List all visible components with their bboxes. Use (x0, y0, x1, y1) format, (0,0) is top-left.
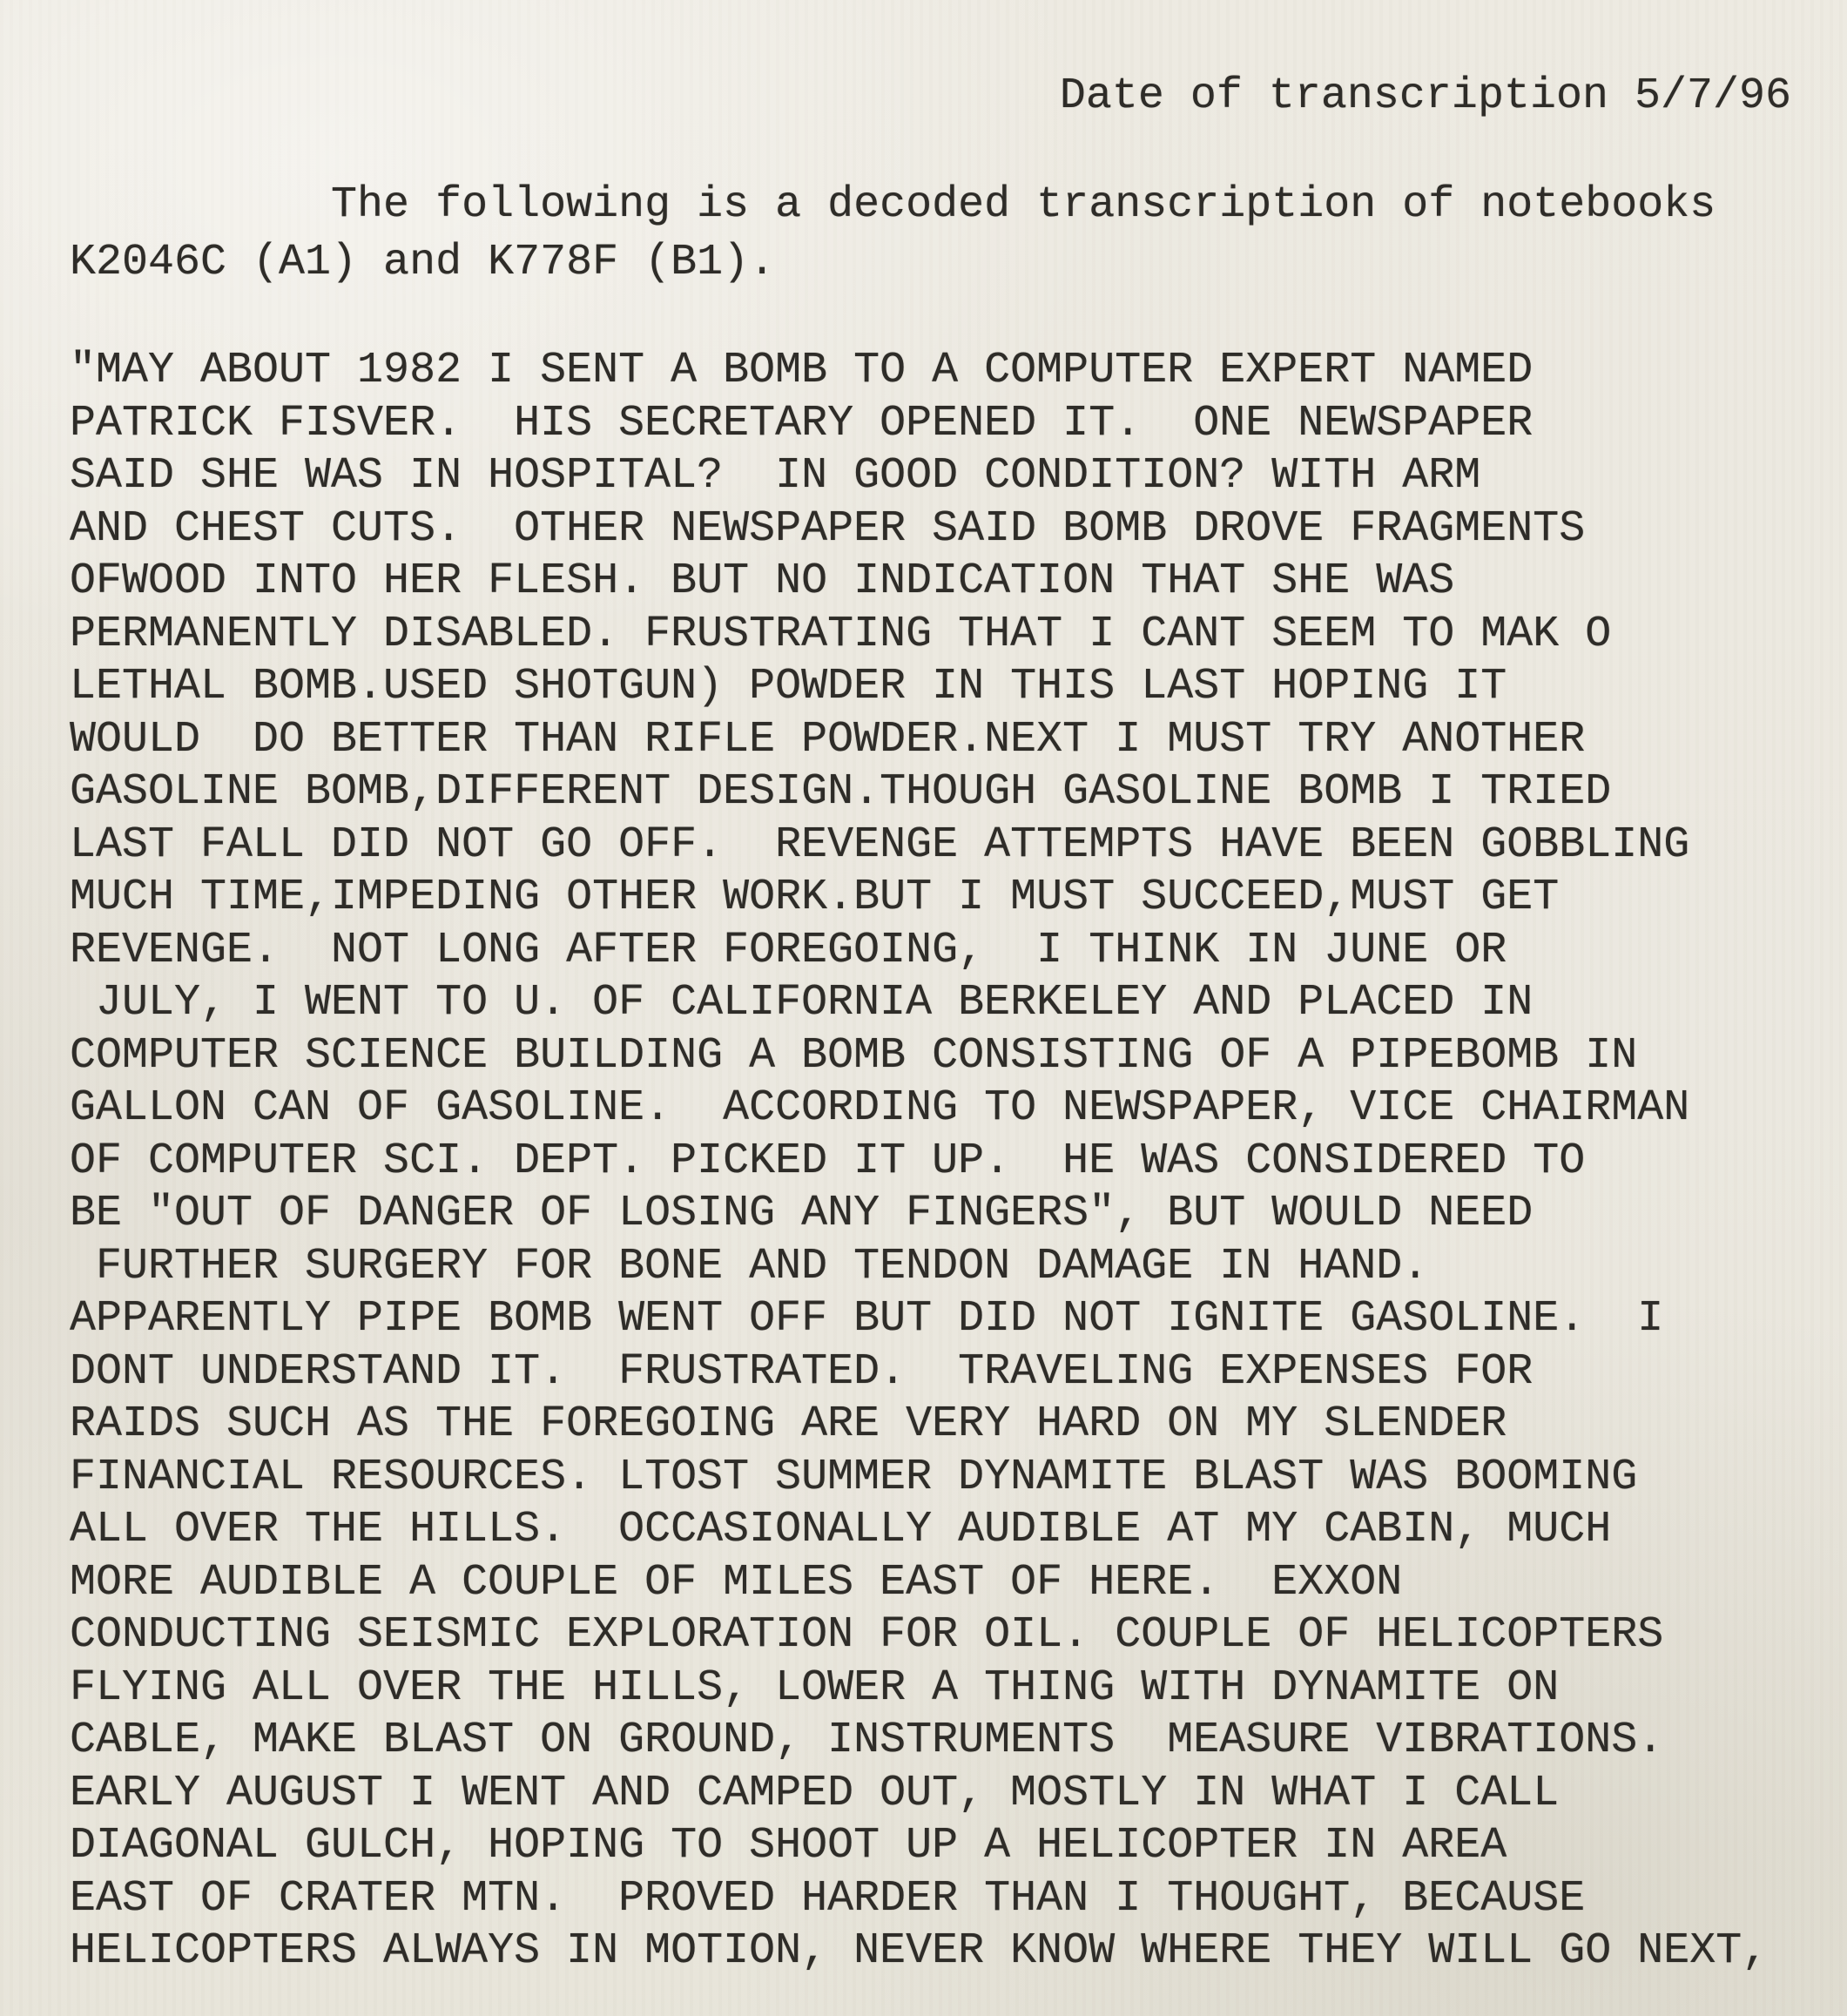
text-line: FLYING ALL OVER THE HILLS, LOWER A THING… (70, 1662, 1768, 1716)
text-line: LAST FALL DID NOT GO OFF. REVENGE ATTEMP… (70, 819, 1768, 873)
text-line: AND CHEST CUTS. OTHER NEWSPAPER SAID BOM… (70, 503, 1768, 556)
text-line: DONT UNDERSTAND IT. FRUSTRATED. TRAVELIN… (70, 1346, 1768, 1399)
text-line: The following is a decoded transcription… (70, 177, 1716, 234)
text-line: K2046C (A1) and K778F (B1). (70, 234, 1716, 292)
text-line: REVENGE. NOT LONG AFTER FOREGOING, I THI… (70, 925, 1768, 978)
text-line: EAST OF CRATER MTN. PROVED HARDER THAN I… (70, 1873, 1768, 1926)
transcription-date-line: Date of transcription 5/7/96 (1060, 71, 1791, 121)
text-line: LETHAL BOMB.USED SHOTGUN) POWDER IN THIS… (70, 661, 1768, 714)
text-line: PERMANENTLY DISABLED. FRUSTRATING THAT I… (70, 609, 1768, 662)
text-line: BE "OUT OF DANGER OF LOSING ANY FINGERS"… (70, 1188, 1768, 1241)
text-line: RAIDS SUCH AS THE FOREGOING ARE VERY HAR… (70, 1399, 1768, 1452)
text-line: APPARENTLY PIPE BOMB WENT OFF BUT DID NO… (70, 1293, 1768, 1346)
text-line: OF COMPUTER SCI. DEPT. PICKED IT UP. HE … (70, 1136, 1768, 1189)
text-line: JULY, I WENT TO U. OF CALIFORNIA BERKELE… (70, 977, 1768, 1030)
text-line: FURTHER SURGERY FOR BONE AND TENDON DAMA… (70, 1241, 1768, 1294)
text-line: ALL OVER THE HILLS. OCCASIONALLY AUDIBLE… (70, 1504, 1768, 1557)
text-line: SAID SHE WAS IN HOSPITAL? IN GOOD CONDIT… (70, 450, 1768, 503)
scanned-document-page: Date of transcription 5/7/96 The followi… (0, 0, 1847, 2016)
text-line: PATRICK FISVER. HIS SECRETARY OPENED IT.… (70, 398, 1768, 451)
text-line: EARLY AUGUST I WENT AND CAMPED OUT, MOST… (70, 1768, 1768, 1821)
text-line: GALLON CAN OF GASOLINE. ACCORDING TO NEW… (70, 1082, 1768, 1136)
text-line: FINANCIAL RESOURCES. LTOST SUMMER DYNAMI… (70, 1452, 1768, 1505)
text-line: OFWOOD INTO HER FLESH. BUT NO INDICATION… (70, 556, 1768, 609)
text-line: GASOLINE BOMB,DIFFERENT DESIGN.THOUGH GA… (70, 766, 1768, 819)
text-line: HELICOPTERS ALWAYS IN MOTION, NEVER KNOW… (70, 1925, 1768, 1979)
text-line: WOULD DO BETTER THAN RIFLE POWDER.NEXT I… (70, 714, 1768, 767)
text-line: MUCH TIME,IMPEDING OTHER WORK.BUT I MUST… (70, 872, 1768, 925)
text-line: MORE AUDIBLE A COUPLE OF MILES EAST OF H… (70, 1557, 1768, 1610)
text-line: "MAY ABOUT 1982 I SENT A BOMB TO A COMPU… (70, 345, 1768, 398)
text-line: CABLE, MAKE BLAST ON GROUND, INSTRUMENTS… (70, 1715, 1768, 1768)
intro-paragraph: The following is a decoded transcription… (70, 177, 1716, 292)
text-line: DIAGONAL GULCH, HOPING TO SHOOT UP A HEL… (70, 1820, 1768, 1873)
text-line: COMPUTER SCIENCE BUILDING A BOMB CONSIST… (70, 1030, 1768, 1083)
notebook-transcription-body: "MAY ABOUT 1982 I SENT A BOMB TO A COMPU… (70, 345, 1768, 1979)
text-line: CONDUCTING SEISMIC EXPLORATION FOR OIL. … (70, 1609, 1768, 1662)
